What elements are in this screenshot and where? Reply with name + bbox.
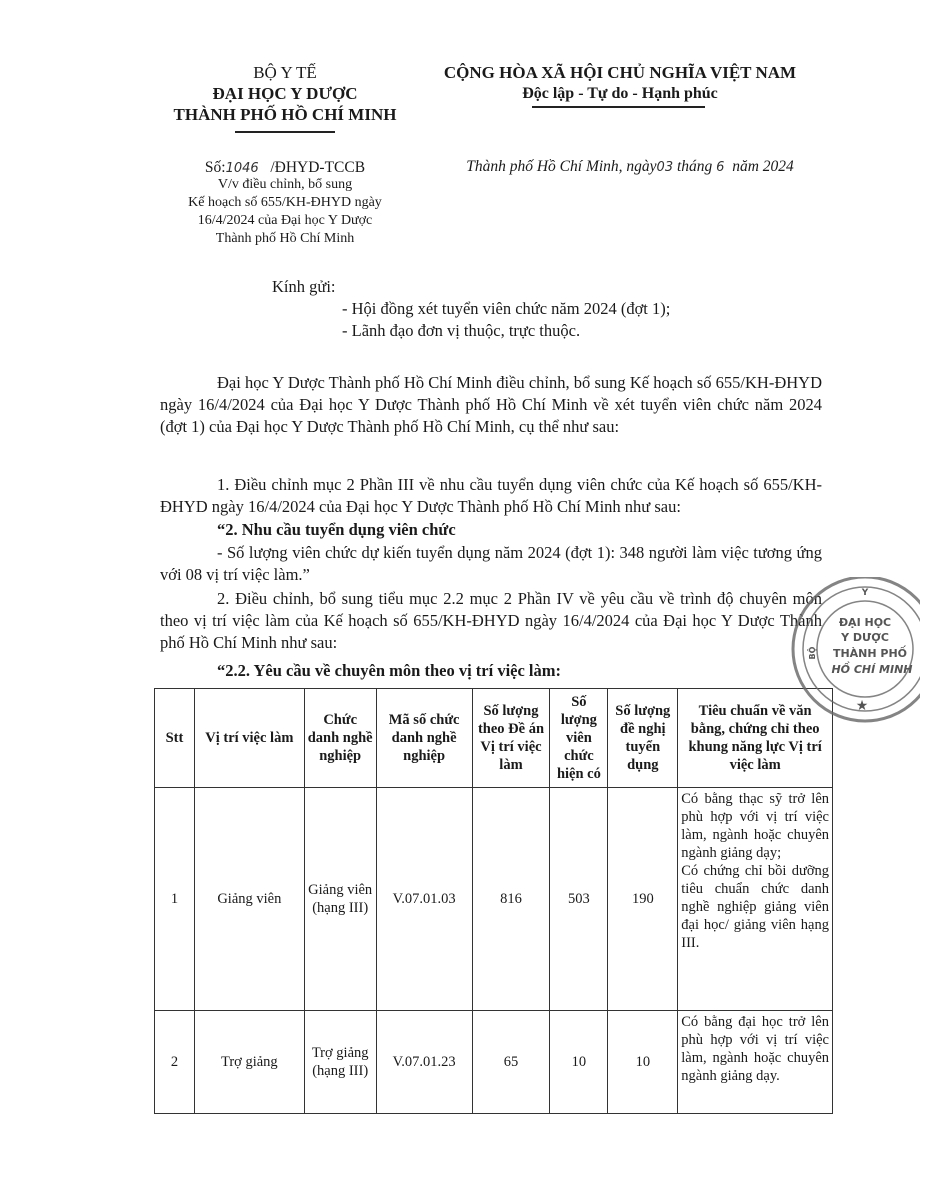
col-header: Số lượng đề nghị tuyển dụng bbox=[608, 689, 678, 788]
col-header: Số lượng theo Đề án Vị trí việc làm bbox=[472, 689, 550, 788]
stamp-line: HỒ CHÍ MINH bbox=[831, 661, 912, 676]
col-header: Stt bbox=[155, 689, 195, 788]
table-row: 1 Giảng viên Giảng viên (hạng III) V.07.… bbox=[155, 788, 833, 1011]
national-motto: Độc lập - Tự do - Hạnh phúc bbox=[420, 83, 820, 104]
cell-position: Giảng viên bbox=[194, 788, 304, 1011]
table-header-row: Stt Vị trí việc làm Chức danh nghề nghiệ… bbox=[155, 689, 833, 788]
cell-planned: 816 bbox=[472, 788, 550, 1011]
motto-underline bbox=[532, 106, 705, 108]
cell-criteria: Có bằng thạc sỹ trở lên phù hợp với vị t… bbox=[678, 788, 833, 1011]
date-day: 03 bbox=[657, 160, 674, 175]
stamp-line: THÀNH PHỐ bbox=[833, 645, 907, 660]
col-header: Số lượng viên chức hiện có bbox=[550, 689, 608, 788]
recipients-label: Kính gửi: bbox=[272, 276, 336, 298]
date-place: Thành phố Hồ Chí Minh, ngày bbox=[466, 158, 656, 175]
item1-heading: “2. Nhu cầu tuyển dụng viên chức bbox=[160, 519, 822, 541]
stamp-line: Y DƯỢC bbox=[840, 631, 889, 644]
subject-line: 16/4/2024 của Đại học Y Dược bbox=[160, 212, 410, 230]
issuer-underline bbox=[235, 131, 335, 133]
cell-code: V.07.01.03 bbox=[376, 788, 472, 1011]
subject-line: V/v điều chỉnh, bổ sung bbox=[160, 176, 410, 194]
requirements-table: Stt Vị trí việc làm Chức danh nghề nghiệ… bbox=[154, 688, 833, 1114]
criteria-text: Có chứng chỉ bồi dưỡng tiêu chuẩn chức d… bbox=[681, 862, 829, 952]
criteria-text: Có bằng đại học trở lên phù hợp với vị t… bbox=[681, 1013, 829, 1085]
cell-criteria: Có bằng đại học trở lên phù hợp với vị t… bbox=[678, 1011, 833, 1114]
subject-line: Kế hoạch số 655/KH-ĐHYD ngày bbox=[160, 194, 410, 212]
cell-position: Trợ giảng bbox=[194, 1011, 304, 1114]
date-year: năm 2024 bbox=[732, 158, 794, 175]
item2-paragraph: 2. Điều chỉnh, bổ sung tiểu mục 2.2 mục … bbox=[160, 588, 822, 654]
doc-number-handwritten: 1046 bbox=[226, 161, 259, 176]
recipient-item: - Hội đồng xét tuyển viên chức năm 2024 … bbox=[342, 298, 670, 320]
official-seal-stamp: Y ĐẠI HỌC Y DƯỢC THÀNH PHỐ HỒ CHÍ MINH B… bbox=[760, 577, 920, 727]
cell-code: V.07.01.23 bbox=[376, 1011, 472, 1114]
col-header: Chức danh nghề nghiệp bbox=[304, 689, 376, 788]
date-month: 6 bbox=[716, 160, 724, 175]
col-header: Vị trí việc làm bbox=[194, 689, 304, 788]
cell-title: Giảng viên (hạng III) bbox=[304, 788, 376, 1011]
cell-current: 10 bbox=[550, 1011, 608, 1114]
doc-number-suffix: /ĐHYD-TCCB bbox=[270, 159, 365, 176]
cell-planned: 65 bbox=[472, 1011, 550, 1114]
subject-block: V/v điều chỉnh, bổ sung Kế hoạch số 655/… bbox=[160, 176, 410, 248]
item2-heading: “2.2. Yêu cầu về chuyên môn theo vị trí … bbox=[160, 660, 822, 682]
cell-proposed: 190 bbox=[608, 788, 678, 1011]
org-name-line1: ĐẠI HỌC Y DƯỢC bbox=[160, 83, 410, 104]
table-row: 2 Trợ giảng Trợ giảng (hạng III) V.07.01… bbox=[155, 1011, 833, 1114]
national-header: CỘNG HÒA XÃ HỘI CHỦ NGHĨA VIỆT NAM Độc l… bbox=[420, 62, 820, 104]
cell-proposed: 10 bbox=[608, 1011, 678, 1114]
ministry-name: BỘ Y TẾ bbox=[160, 62, 410, 83]
criteria-text: Có bằng thạc sỹ trở lên phù hợp với vị t… bbox=[681, 790, 829, 862]
stamp-side-text: BỘ bbox=[807, 646, 817, 659]
cell-title: Trợ giảng (hạng III) bbox=[304, 1011, 376, 1114]
stamp-line: ĐẠI HỌC bbox=[839, 616, 891, 629]
nation-name: CỘNG HÒA XÃ HỘI CHỦ NGHĨA VIỆT NAM bbox=[420, 62, 820, 83]
subject-line: Thành phố Hồ Chí Minh bbox=[160, 230, 410, 248]
document-number: Số:1046 /ĐHYD-TCCB bbox=[160, 158, 410, 178]
date-month-label: tháng bbox=[677, 158, 712, 175]
stamp-top-text: Y bbox=[861, 588, 869, 598]
cell-stt: 1 bbox=[155, 788, 195, 1011]
intro-paragraph: Đại học Y Dược Thành phố Hồ Chí Minh điề… bbox=[160, 372, 822, 438]
item1-detail: - Số lượng viên chức dự kiến tuyển dụng … bbox=[160, 542, 822, 586]
col-header: Mã số chức danh nghề nghiệp bbox=[376, 689, 472, 788]
date-line: Thành phố Hồ Chí Minh, ngày03 tháng 6 nă… bbox=[430, 158, 830, 176]
recipient-item: - Lãnh đạo đơn vị thuộc, trực thuộc. bbox=[342, 320, 580, 342]
cell-current: 503 bbox=[550, 788, 608, 1011]
doc-number-prefix: Số: bbox=[205, 159, 226, 176]
org-name-line2: THÀNH PHỐ HỒ CHÍ MINH bbox=[160, 104, 410, 125]
issuer-block: BỘ Y TẾ ĐẠI HỌC Y DƯỢC THÀNH PHỐ HỒ CHÍ … bbox=[160, 62, 410, 125]
stamp-star-icon: ★ bbox=[856, 698, 869, 714]
item1-paragraph: 1. Điều chỉnh mục 2 Phần III về nhu cầu … bbox=[160, 474, 822, 518]
cell-stt: 2 bbox=[155, 1011, 195, 1114]
